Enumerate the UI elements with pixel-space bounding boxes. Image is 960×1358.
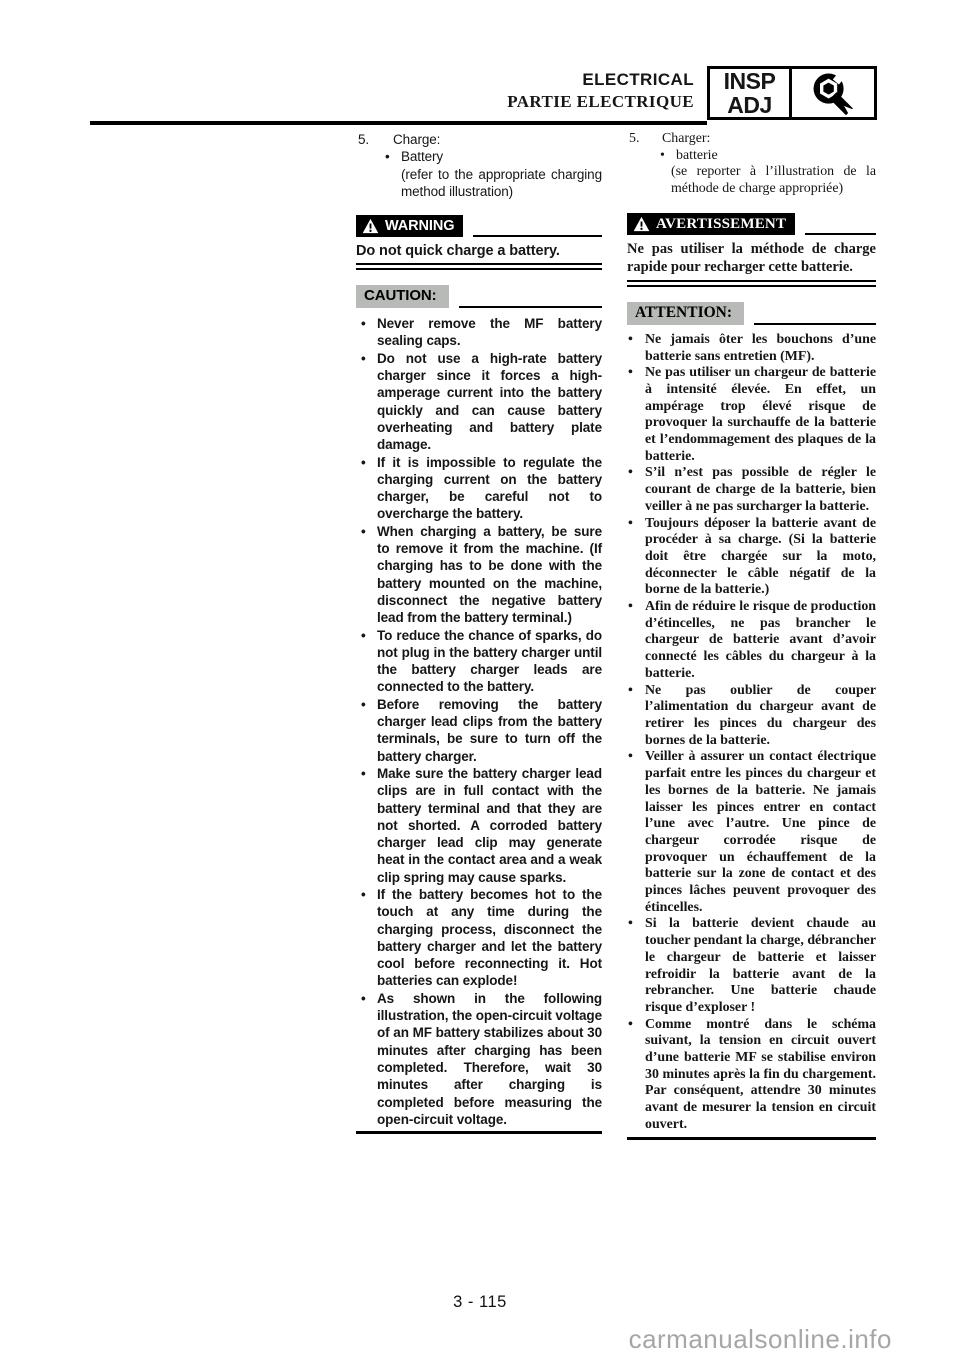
bullet-icon (628, 365, 633, 382)
caution-list-item: When charging a battery, be sure to remo… (356, 523, 602, 627)
bullet-icon (660, 148, 676, 165)
caution-item-text: Toujours déposer la batterie avant de pr… (645, 516, 876, 598)
insp-adj-cell: INSP ADJ (710, 69, 792, 117)
bullet-icon (361, 696, 366, 713)
caution-list-item: S’il n’est pas possible de régler le cou… (627, 465, 876, 515)
caution-item-text: As shown in the following illustration, … (377, 991, 602, 1127)
step-heading: 5. Charge: (356, 131, 602, 148)
step-item: batterie (676, 148, 718, 165)
bullet-icon (361, 454, 366, 471)
caution-item-text: Afin de réduire le risque de production … (645, 599, 876, 681)
caution-item-text: Do not use a high-rate battery charger s… (377, 351, 602, 452)
warning-triangle-icon (362, 218, 379, 234)
page-header: ELECTRICAL PARTIE ELECTRIQUE (507, 70, 694, 112)
caution-list-item: Before removing the battery charger lead… (356, 696, 602, 765)
warning-box: WARNING (356, 215, 463, 237)
caution-item-text: Comme montré dans le schéma suivant, la … (645, 1017, 876, 1132)
caution-item-text: When charging a battery, be sure to remo… (377, 524, 602, 625)
section-end-rule (627, 1137, 876, 1140)
caution-list-item: To reduce the chance of sparks, do not p… (356, 627, 602, 696)
caution-list-item: Comme montré dans le schéma suivant, la … (627, 1017, 876, 1134)
caution-list-item: Ne pas oublier de couper l’alimentation … (627, 683, 876, 750)
caution-list-item: Afin de réduire le risque de production … (627, 599, 876, 683)
caution-item-text: S’il n’est pas possible de régler le cou… (645, 465, 876, 513)
step-title: Charge: (393, 131, 440, 148)
warning-end-rule (356, 263, 602, 270)
caution-list: Ne jamais ôter les bouchons d’une batter… (627, 332, 876, 1134)
caution-item-text: Never remove the MF battery sealing caps… (377, 316, 602, 348)
bullet-icon (385, 148, 401, 165)
bullet-icon (361, 765, 366, 782)
step-note: (se reporter à l’illustration de la méth… (627, 164, 876, 197)
bullet-icon (628, 916, 633, 933)
section-title-french: PARTIE ELECTRIQUE (507, 92, 694, 112)
caution-header: ATTENTION: (627, 302, 876, 325)
warning-end-rule (627, 280, 876, 287)
step-note: (refer to the appropriate charging metho… (356, 166, 602, 201)
bullet-icon (361, 886, 366, 903)
page-number: 3 - 115 (400, 1292, 560, 1312)
bullet-icon (628, 599, 633, 616)
warning-triangle-icon (633, 216, 650, 232)
bullet-icon (361, 350, 366, 367)
bullet-icon (628, 683, 633, 700)
caution-rule (459, 306, 602, 308)
bullet-icon (361, 523, 366, 540)
step-title: Charger: (662, 131, 710, 148)
bullet-icon (628, 1017, 633, 1034)
warning-text: Do not quick charge a battery. (356, 242, 602, 260)
step-number: 5. (627, 131, 662, 148)
header-rule (90, 121, 707, 125)
french-column: 5. Charger: batterie (se reporter à l’il… (627, 131, 876, 1140)
caution-item-text: Ne pas oublier de couper l’alimentation … (645, 683, 876, 748)
warning-header: AVERTISSEMENT (627, 213, 876, 235)
bullet-icon (628, 749, 633, 766)
caution-list-item: Ne jamais ôter les bouchons d’une batter… (627, 332, 876, 365)
section-end-rule (356, 1131, 602, 1134)
insp-adj-badge: INSP ADJ (707, 66, 877, 120)
english-column: 5. Charge: Battery (refer to the appropr… (356, 131, 602, 1134)
step-bullet: batterie (627, 148, 876, 165)
caution-box: ATTENTION: (627, 302, 744, 325)
caution-list-item: If the battery becomes hot to the touch … (356, 886, 602, 990)
caution-list-item: If it is impossible to regulate the char… (356, 454, 602, 523)
step-heading: 5. Charger: (627, 131, 876, 148)
bullet-icon (628, 332, 633, 349)
caution-item-text: Before removing the battery charger lead… (377, 697, 602, 764)
bullet-icon (628, 465, 633, 482)
bullet-icon (361, 315, 366, 332)
caution-list-item: Toujours déposer la batterie avant de pr… (627, 516, 876, 600)
bullet-icon (361, 990, 366, 1007)
caution-item-text: Ne jamais ôter les bouchons d’une batter… (645, 332, 876, 364)
caution-item-text: Veiller à assurer un contact électrique … (645, 749, 876, 914)
caution-item-text: To reduce the chance of sparks, do not p… (377, 628, 602, 695)
watermark-text: carmanualsonline.info (629, 1324, 892, 1354)
caution-item-text: Si la batterie devient chaude au toucher… (645, 916, 876, 1015)
caution-item-text: Make sure the battery charger lead clips… (377, 766, 602, 885)
warning-text: Ne pas utiliser la méthode de charge rap… (627, 240, 876, 277)
caution-list: Never remove the MF battery sealing caps… (356, 315, 602, 1128)
bullet-icon (361, 627, 366, 644)
section-title-english: ELECTRICAL (507, 70, 694, 90)
caution-list-item: Do not use a high-rate battery charger s… (356, 350, 602, 454)
step-bullet: Battery (356, 148, 602, 165)
warning-rule (473, 235, 602, 237)
warning-label: AVERTISSEMENT (656, 216, 786, 232)
caution-list-item: Make sure the battery charger lead clips… (356, 765, 602, 886)
step-number: 5. (356, 131, 393, 148)
caution-rule (754, 323, 876, 325)
caution-list-item: Ne pas utiliser un chargeur de batterie … (627, 365, 876, 465)
manual-page: ELECTRICAL PARTIE ELECTRIQUE INSP ADJ 5.… (0, 0, 960, 1358)
caution-box: CAUTION: (356, 285, 449, 308)
warning-rule (805, 233, 876, 235)
caution-list-item: Si la batterie devient chaude au toucher… (627, 916, 876, 1016)
caution-item-text: If the battery becomes hot to the touch … (377, 887, 602, 988)
badge-adj-label: ADJ (727, 94, 772, 116)
caution-list-item: As shown in the following illustration, … (356, 990, 602, 1128)
warning-label: WARNING (385, 218, 454, 234)
caution-list-item: Veiller à assurer un contact électrique … (627, 749, 876, 916)
wrench-nut-icon (792, 69, 874, 117)
warning-header: WARNING (356, 215, 602, 237)
step-item: Battery (401, 148, 443, 165)
caution-list-item: Never remove the MF battery sealing caps… (356, 315, 602, 350)
caution-item-text: If it is impossible to regulate the char… (377, 455, 602, 522)
bullet-icon (628, 516, 633, 533)
warning-box: AVERTISSEMENT (627, 213, 795, 235)
caution-header: CAUTION: (356, 285, 602, 308)
badge-insp-label: INSP (724, 70, 776, 92)
caution-item-text: Ne pas utiliser un chargeur de batterie … (645, 365, 876, 464)
